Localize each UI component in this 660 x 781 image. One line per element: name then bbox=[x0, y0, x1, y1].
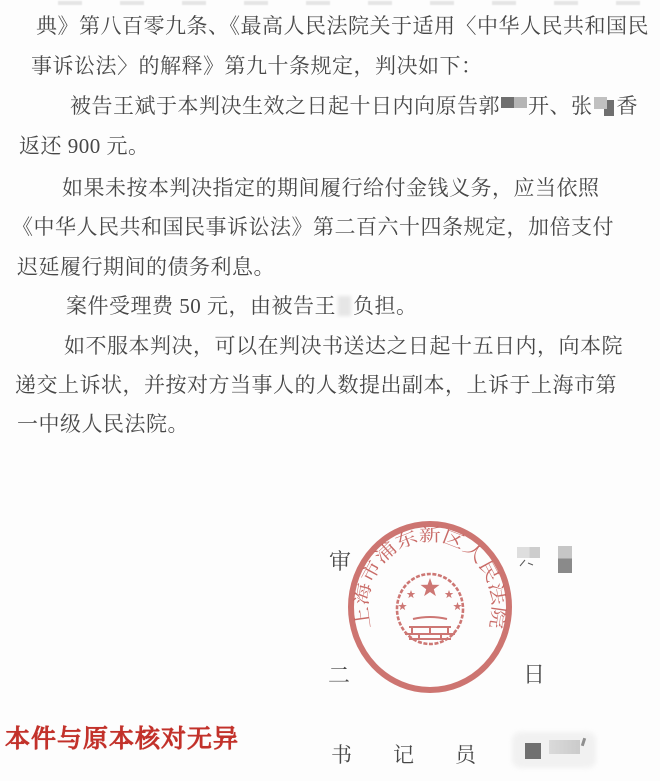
judgment-document-page: 典》第八百零九条、《最高人民法院关于适用〈中华人民共和国民 事诉讼法〉的解释》第… bbox=[0, 0, 660, 781]
seal-ring bbox=[351, 524, 509, 690]
judgment-line-4: 返还 900 元。 bbox=[19, 133, 150, 159]
judge-name-redaction-1 bbox=[517, 547, 540, 558]
verification-stamp-text: 本件与原本核对无异 bbox=[5, 719, 239, 755]
emblem-star-small bbox=[407, 590, 416, 598]
line-3-text-mid: 开、张 bbox=[528, 94, 593, 118]
national-emblem bbox=[397, 574, 463, 644]
line-3-text-pre: 被告王斌于本判决生效之日起十日内向原告郭 bbox=[70, 94, 500, 118]
judgment-line-10: 递交上诉状，并按对方当事人的人数提出副本，上诉于上海市第 bbox=[15, 372, 617, 398]
date-end-char: 日 bbox=[523, 658, 545, 689]
clerk-name-redaction-dark bbox=[525, 743, 541, 759]
redaction-block-plaintiff1-name bbox=[501, 97, 527, 108]
judgment-line-5: 如果未按本判决指定的期间履行给付金钱义务，应当依照 bbox=[62, 175, 600, 201]
emblem-star-small bbox=[398, 602, 407, 610]
line-8-text-post: 负担。 bbox=[353, 294, 418, 318]
judgment-line-2: 事诉讼法〉的解释》第九十条规定，判决如下： bbox=[31, 53, 483, 79]
page-edge-artifact bbox=[58, 1, 654, 5]
emblem-star-small bbox=[453, 602, 462, 610]
judgment-line-9: 如不服本判决，可以在判决书送达之日起十五日内，向本院 bbox=[64, 333, 623, 359]
emblem-star-small bbox=[445, 590, 454, 598]
judgment-line-8: 案件受理费 50 元，由被告王负担。 bbox=[66, 293, 418, 319]
judgment-line-3: 被告王斌于本判决生效之日起十日内向原告郭开、张香 bbox=[70, 93, 638, 119]
emblem-tiananmen bbox=[405, 617, 455, 639]
judgment-line-1: 典》第八百零九条、《最高人民法院关于适用〈中华人民共和国民 bbox=[36, 13, 649, 39]
line-3-text-post: 香 bbox=[617, 94, 639, 118]
court-seal: 上海市浦东新区人民法院 bbox=[346, 521, 514, 693]
line-8-text-pre: 案件受理费 50 元，由被告王 bbox=[66, 294, 336, 318]
judgment-line-6: 《中华人民共和国民事诉讼法》第二百六十四条规定，加倍支付 bbox=[12, 214, 614, 240]
clerk-name-redaction-light bbox=[549, 740, 580, 754]
judgment-line-7: 迟延履行期间的债务利息。 bbox=[17, 254, 275, 280]
judgment-line-11: 一中级人民法院。 bbox=[17, 411, 189, 437]
seal-circular-text: 上海市浦东新区人民法院 bbox=[351, 525, 508, 630]
emblem-star-large bbox=[421, 578, 440, 596]
judge-signature-trace bbox=[518, 558, 536, 568]
judge-name-redaction-2 bbox=[558, 546, 572, 573]
clerk-title: 书记员 bbox=[331, 739, 517, 769]
redaction-block-plaintiff2-name bbox=[594, 97, 616, 116]
redaction-blur-defendant-name bbox=[338, 296, 351, 316]
